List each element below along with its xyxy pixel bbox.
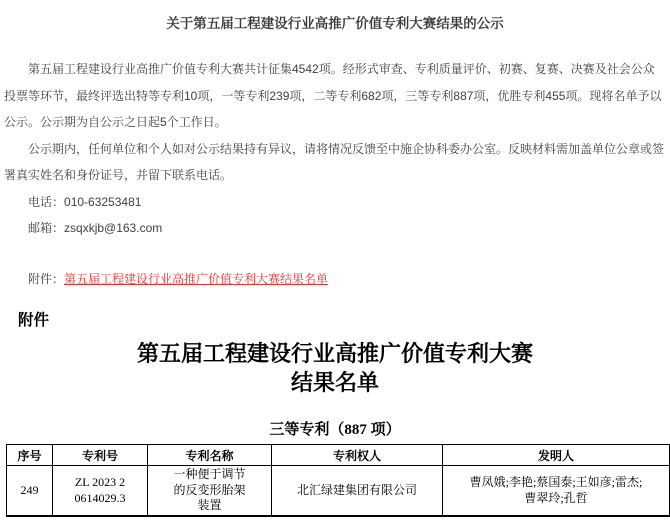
phone-value: 010-63253481 (64, 195, 141, 209)
annex-title-line1: 第五届工程建设行业高推广价值专利大赛 (4, 339, 666, 368)
col-header-serial: 序号 (7, 445, 53, 466)
inventors-text: 曹凤娥;李艳;蔡国泰;王如彦;雷杰;曹翠玲;孔哲 (468, 475, 644, 506)
paragraph-objection: 公示期内，任何单位和个人如对公示结果持有异议，请将情况反馈至中施企协科委办公室。… (4, 136, 666, 189)
results-table: 序号 专利号 专利名称 专利权人 发明人 249 ZL 2023 2 06140… (6, 444, 670, 517)
col-header-patent-name: 专利名称 (148, 445, 272, 466)
cell-serial: 249 (7, 466, 53, 517)
page-title: 关于第五届工程建设行业高推广价值专利大赛结果的公示 (4, 12, 666, 32)
email-line: 邮箱：zsqxkjb@163.com (4, 215, 666, 242)
attachment-label: 附件： (28, 272, 64, 286)
annex-section: 附件 第五届工程建设行业高推广价值专利大赛 结果名单 三等专利（887 项） 序… (4, 308, 666, 517)
patent-name-text: 一种便于调节的反变形胎架装置 (171, 467, 249, 514)
table-header-row: 序号 专利号 专利名称 专利权人 发明人 (7, 445, 670, 466)
annex-title-line2: 结果名单 (4, 368, 666, 397)
phone-line: 电话：010-63253481 (4, 189, 666, 216)
phone-label: 电话： (28, 195, 64, 209)
col-header-inventors: 发明人 (443, 445, 670, 466)
patent-no-text: ZL 2023 2 0614029.3 (69, 475, 131, 506)
section-title-third-prize: 三等专利（887 项） (4, 418, 666, 439)
email-label: 邮箱： (28, 221, 64, 235)
announcement-document: 关于第五届工程建设行业高推广价值专利大赛结果的公示 第五届工程建设行业高推广价值… (0, 12, 670, 517)
paragraph-intro: 第五届工程建设行业高推广价值专利大赛共计征集4542项。经形式审查、专利质量评价… (4, 56, 666, 136)
cell-patentee: 北汇绿建集团有限公司 (272, 466, 443, 517)
table-row: 249 ZL 2023 2 0614029.3 一种便于调节的反变形胎架装置 北… (7, 466, 670, 517)
annex-title: 第五届工程建设行业高推广价值专利大赛 结果名单 (4, 339, 666, 397)
col-header-patentee: 专利权人 (272, 445, 443, 466)
attachment-link[interactable]: 第五届工程建设行业高推广价值专利大赛结果名单 (64, 272, 328, 286)
cell-patent-no: ZL 2023 2 0614029.3 (53, 466, 148, 517)
annex-heading: 附件 (18, 308, 666, 330)
col-header-patent-no: 专利号 (53, 445, 148, 466)
attachment-line: 附件：第五届工程建设行业高推广价值专利大赛结果名单 (4, 266, 666, 293)
cell-inventors: 曹凤娥;李艳;蔡国泰;王如彦;雷杰;曹翠玲;孔哲 (443, 466, 670, 517)
cell-patent-name: 一种便于调节的反变形胎架装置 (148, 466, 272, 517)
email-value: zsqxkjb@163.com (64, 221, 162, 235)
